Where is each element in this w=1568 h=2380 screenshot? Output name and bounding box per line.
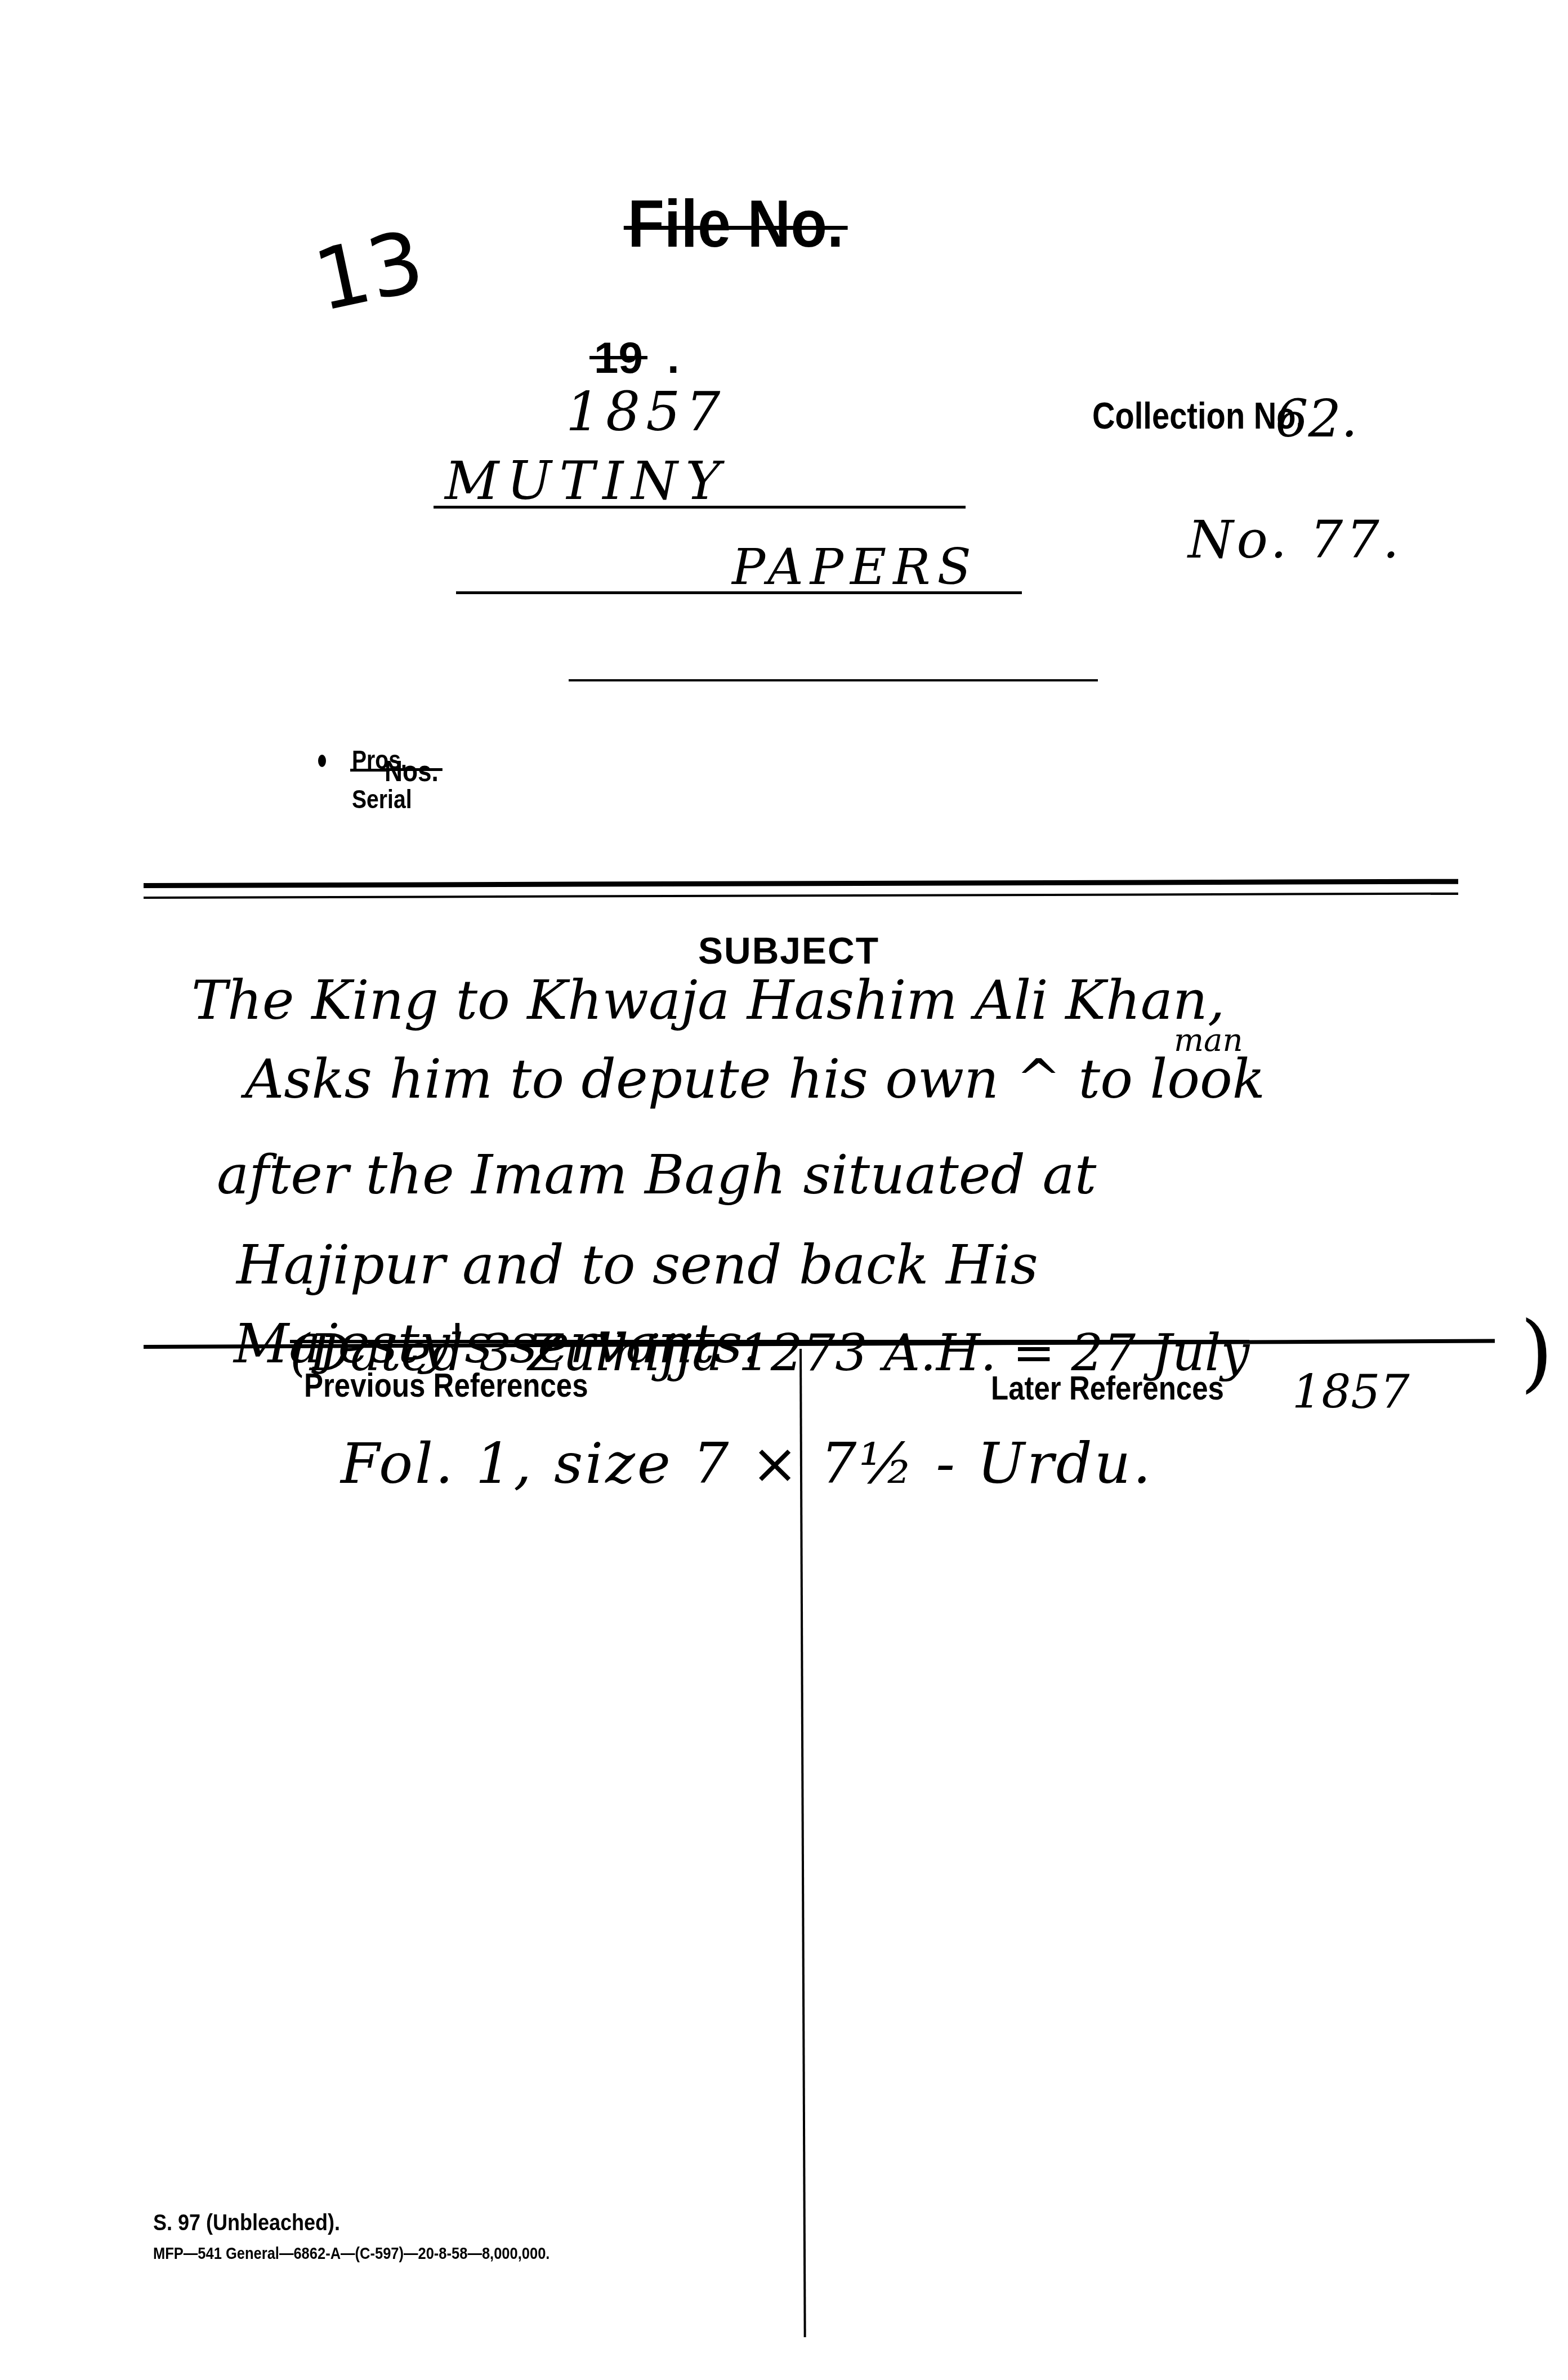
references-column-divider xyxy=(799,1349,806,2337)
serial-label: Serial xyxy=(352,784,412,814)
collection-number: 62. xyxy=(1275,389,1357,449)
subject-line-2: Asks him to depute his own ^ to look xyxy=(245,1048,1265,1111)
nos-label-text: Nos. xyxy=(385,755,439,788)
file-number-text: 19 xyxy=(594,332,643,384)
form-number: S. 97 (Unbleached). xyxy=(153,2210,340,2236)
file-no-label-text: File No. xyxy=(628,186,844,262)
later-references-label: Later References xyxy=(991,1369,1224,1407)
subject-line-1: The King to Khwaja Hashim Ali Khan, xyxy=(191,969,1225,1032)
subject-line-3: after the Imam Bagh situated at xyxy=(217,1143,1096,1206)
printer-imprint: MFP—541 General—6862-A—(C-597)—20-8-58—8… xyxy=(153,2244,550,2263)
nos-label: Nos. xyxy=(385,755,439,788)
subject-line-4: Hajipur and to send back His xyxy=(236,1233,1038,1296)
file-title-line-1: MUTINY xyxy=(445,451,729,512)
file-title-line-2: PAPERS xyxy=(732,538,978,596)
bullet-dot xyxy=(318,755,326,767)
title-rule-2 xyxy=(456,591,1022,594)
title-rule-1 xyxy=(434,506,966,509)
folio-number-mark: 13 xyxy=(306,212,432,331)
date-note-close-paren: ) xyxy=(1520,1304,1553,1402)
file-no-label: File No. xyxy=(628,186,844,262)
file-number-printed: 19 . xyxy=(594,332,680,384)
section-double-rule-top xyxy=(144,879,1458,888)
physical-description: Fol. 1, size 7 × 7½ - Urdu. xyxy=(341,1430,1153,1496)
item-number: No. 77. xyxy=(1188,510,1402,570)
previous-references-label: Previous References xyxy=(304,1366,588,1405)
title-rule-3 xyxy=(569,679,1098,681)
subject-label: SUBJECT xyxy=(698,929,879,972)
section-double-rule-bottom xyxy=(144,893,1458,899)
file-year: 1857 xyxy=(566,380,726,443)
collection-label: Collection No. xyxy=(1092,394,1305,437)
later-references-year: 1857 xyxy=(1292,1366,1410,1419)
